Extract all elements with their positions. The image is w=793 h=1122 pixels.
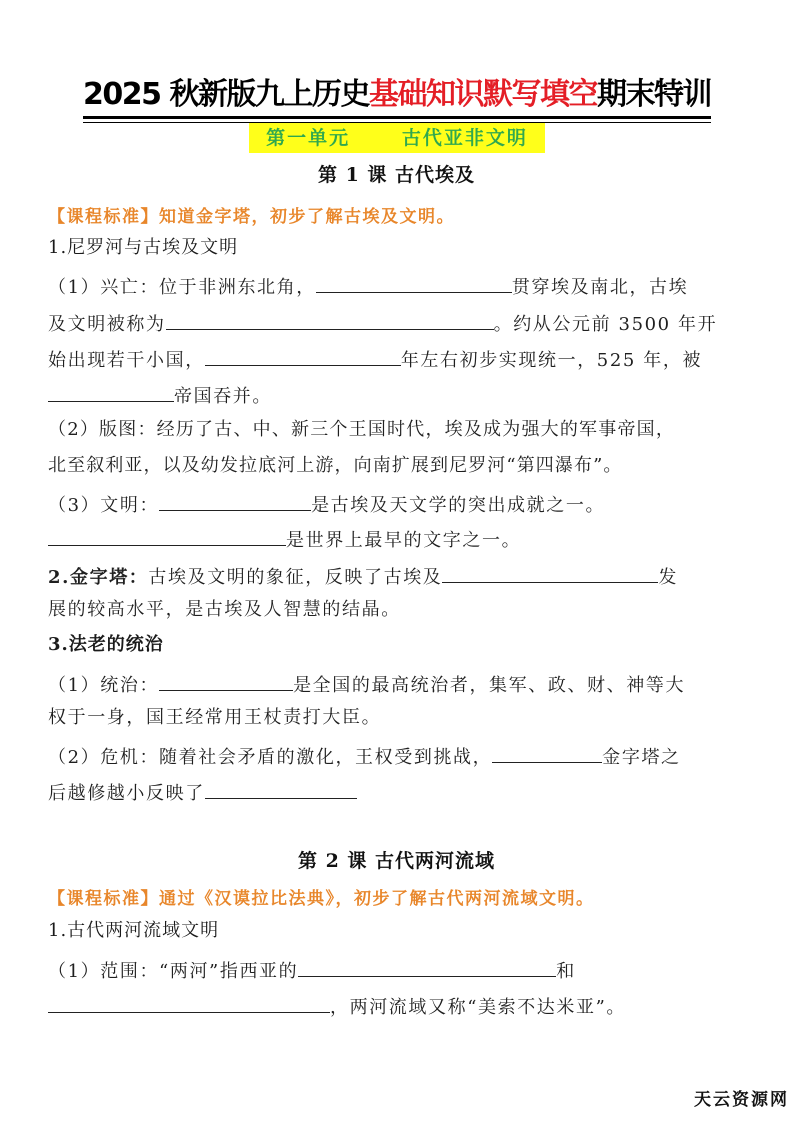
fill-blank[interactable] [159, 670, 293, 691]
paragraph-line: （3）文明：是古埃及天文学的突出成就之一。 [48, 490, 605, 518]
lesson-1-standard: 【课程标准】知道金字塔，初步了解古埃及文明。 [48, 202, 455, 227]
section-2-heading: 2.金字塔： [48, 567, 148, 588]
paragraph-line: ，两河流域又称“美索不达米亚”。 [48, 992, 626, 1020]
watermark-logo: 天云资源网 [694, 1085, 789, 1110]
text: ，两河流域又称“美索不达米亚”。 [330, 997, 626, 1018]
paragraph-line: （1）兴亡：位于非洲东北角，贯穿埃及南北，古埃 [48, 272, 688, 300]
lesson-2-section-1-heading: 1.古代两河流域文明 [48, 919, 219, 943]
lesson-2-title: 第 2 课 古代两河流域 [0, 846, 793, 873]
fill-blank[interactable] [298, 956, 556, 977]
paragraph-line: （1）范围：“两河”指西亚的和 [48, 956, 576, 984]
title-block: 2025 秋新版九上历史基础知识默写填空期末特训 [56, 76, 738, 119]
section-3-heading: 3.法老的统治 [48, 633, 164, 657]
text: 后越修越小反映了 [48, 783, 205, 804]
fill-blank[interactable] [442, 562, 658, 583]
text: 和 [556, 961, 576, 982]
text: 贯穿埃及南北，古埃 [512, 277, 688, 298]
text: 帝国吞并。 [174, 386, 272, 407]
text: 及文明被称为 [48, 314, 166, 335]
paragraph-line: 是世界上最早的文字之一。 [48, 525, 521, 553]
fill-blank[interactable] [159, 490, 311, 511]
paragraph-line: 始出现若干小国，年左右初步实现统一，525 年，被 [48, 345, 702, 373]
unit-heading: 第一单元 古代亚非文明 [249, 123, 545, 153]
paragraph-line: 展的较高水平，是古埃及人智慧的结晶。 [48, 598, 401, 622]
text: 是世界上最早的文字之一。 [286, 530, 521, 551]
lesson-1-title: 第 1 课 古代埃及 [0, 160, 793, 187]
section-1-heading: 1.尼罗河与古埃及文明 [48, 236, 238, 260]
text: （1）统治： [48, 675, 159, 696]
text: 是古埃及天文学的突出成就之一。 [311, 495, 605, 516]
title-part-black-end: 期末特训 [597, 77, 711, 112]
fill-blank[interactable] [492, 742, 602, 763]
title-part-red: 基础知识默写填空 [369, 77, 597, 112]
paragraph-line: 权于一身，国王经常用王杖责打大臣。 [48, 706, 381, 730]
fill-blank[interactable] [48, 992, 330, 1013]
text: （2）危机：随着社会矛盾的激化，王权受到挑战， [48, 747, 492, 768]
fill-blank[interactable] [205, 778, 357, 799]
text: （1）范围：“两河”指西亚的 [48, 961, 298, 982]
text: 古埃及文明的象征，反映了古埃及 [148, 567, 442, 588]
text: 始出现若干小国， [48, 350, 205, 371]
fill-blank[interactable] [316, 272, 512, 293]
fill-blank[interactable] [166, 309, 494, 330]
paragraph-line: 帝国吞并。 [48, 381, 272, 409]
text: 年左右初步实现统一，525 年，被 [401, 350, 702, 371]
paragraph-line: 北至叙利亚，以及幼发拉底河上游，向南扩展到尼罗河“第四瀑布”。 [48, 454, 623, 478]
text: 发 [658, 567, 678, 588]
fill-blank[interactable] [48, 381, 174, 402]
paragraph-line: （1）统治：是全国的最高统治者，集军、政、财、神等大 [48, 670, 685, 698]
section-2-paragraph: 2.金字塔：古埃及文明的象征，反映了古埃及发 [48, 562, 678, 590]
text: 。约从公元前 3500 年开 [494, 314, 718, 335]
text: 金字塔之 [602, 747, 680, 768]
text: （3）文明： [48, 495, 159, 516]
lesson-2-standard: 【课程标准】通过《汉谟拉比法典》，初步了解古代两河流域文明。 [48, 884, 595, 909]
paragraph-line: 及文明被称为。约从公元前 3500 年开 [48, 309, 717, 337]
fill-blank[interactable] [205, 345, 401, 366]
text: 是全国的最高统治者，集军、政、财、神等大 [293, 675, 685, 696]
title-part-black: 2025 秋新版九上历史 [83, 77, 369, 112]
paragraph-line: （2）危机：随着社会矛盾的激化，王权受到挑战，金字塔之 [48, 742, 681, 770]
paragraph-line: 后越修越小反映了 [48, 778, 357, 806]
text: （1）兴亡：位于非洲东北角， [48, 277, 316, 298]
fill-blank[interactable] [48, 525, 286, 546]
paragraph-line: （2）版图：经历了古、中、新三个王国时代，埃及成为强大的军事帝国， [48, 418, 675, 442]
document-title: 2025 秋新版九上历史基础知识默写填空期末特训 [83, 76, 711, 119]
document-page: 2025 秋新版九上历史基础知识默写填空期末特训 第一单元 古代亚非文明 第 1… [0, 0, 793, 1122]
